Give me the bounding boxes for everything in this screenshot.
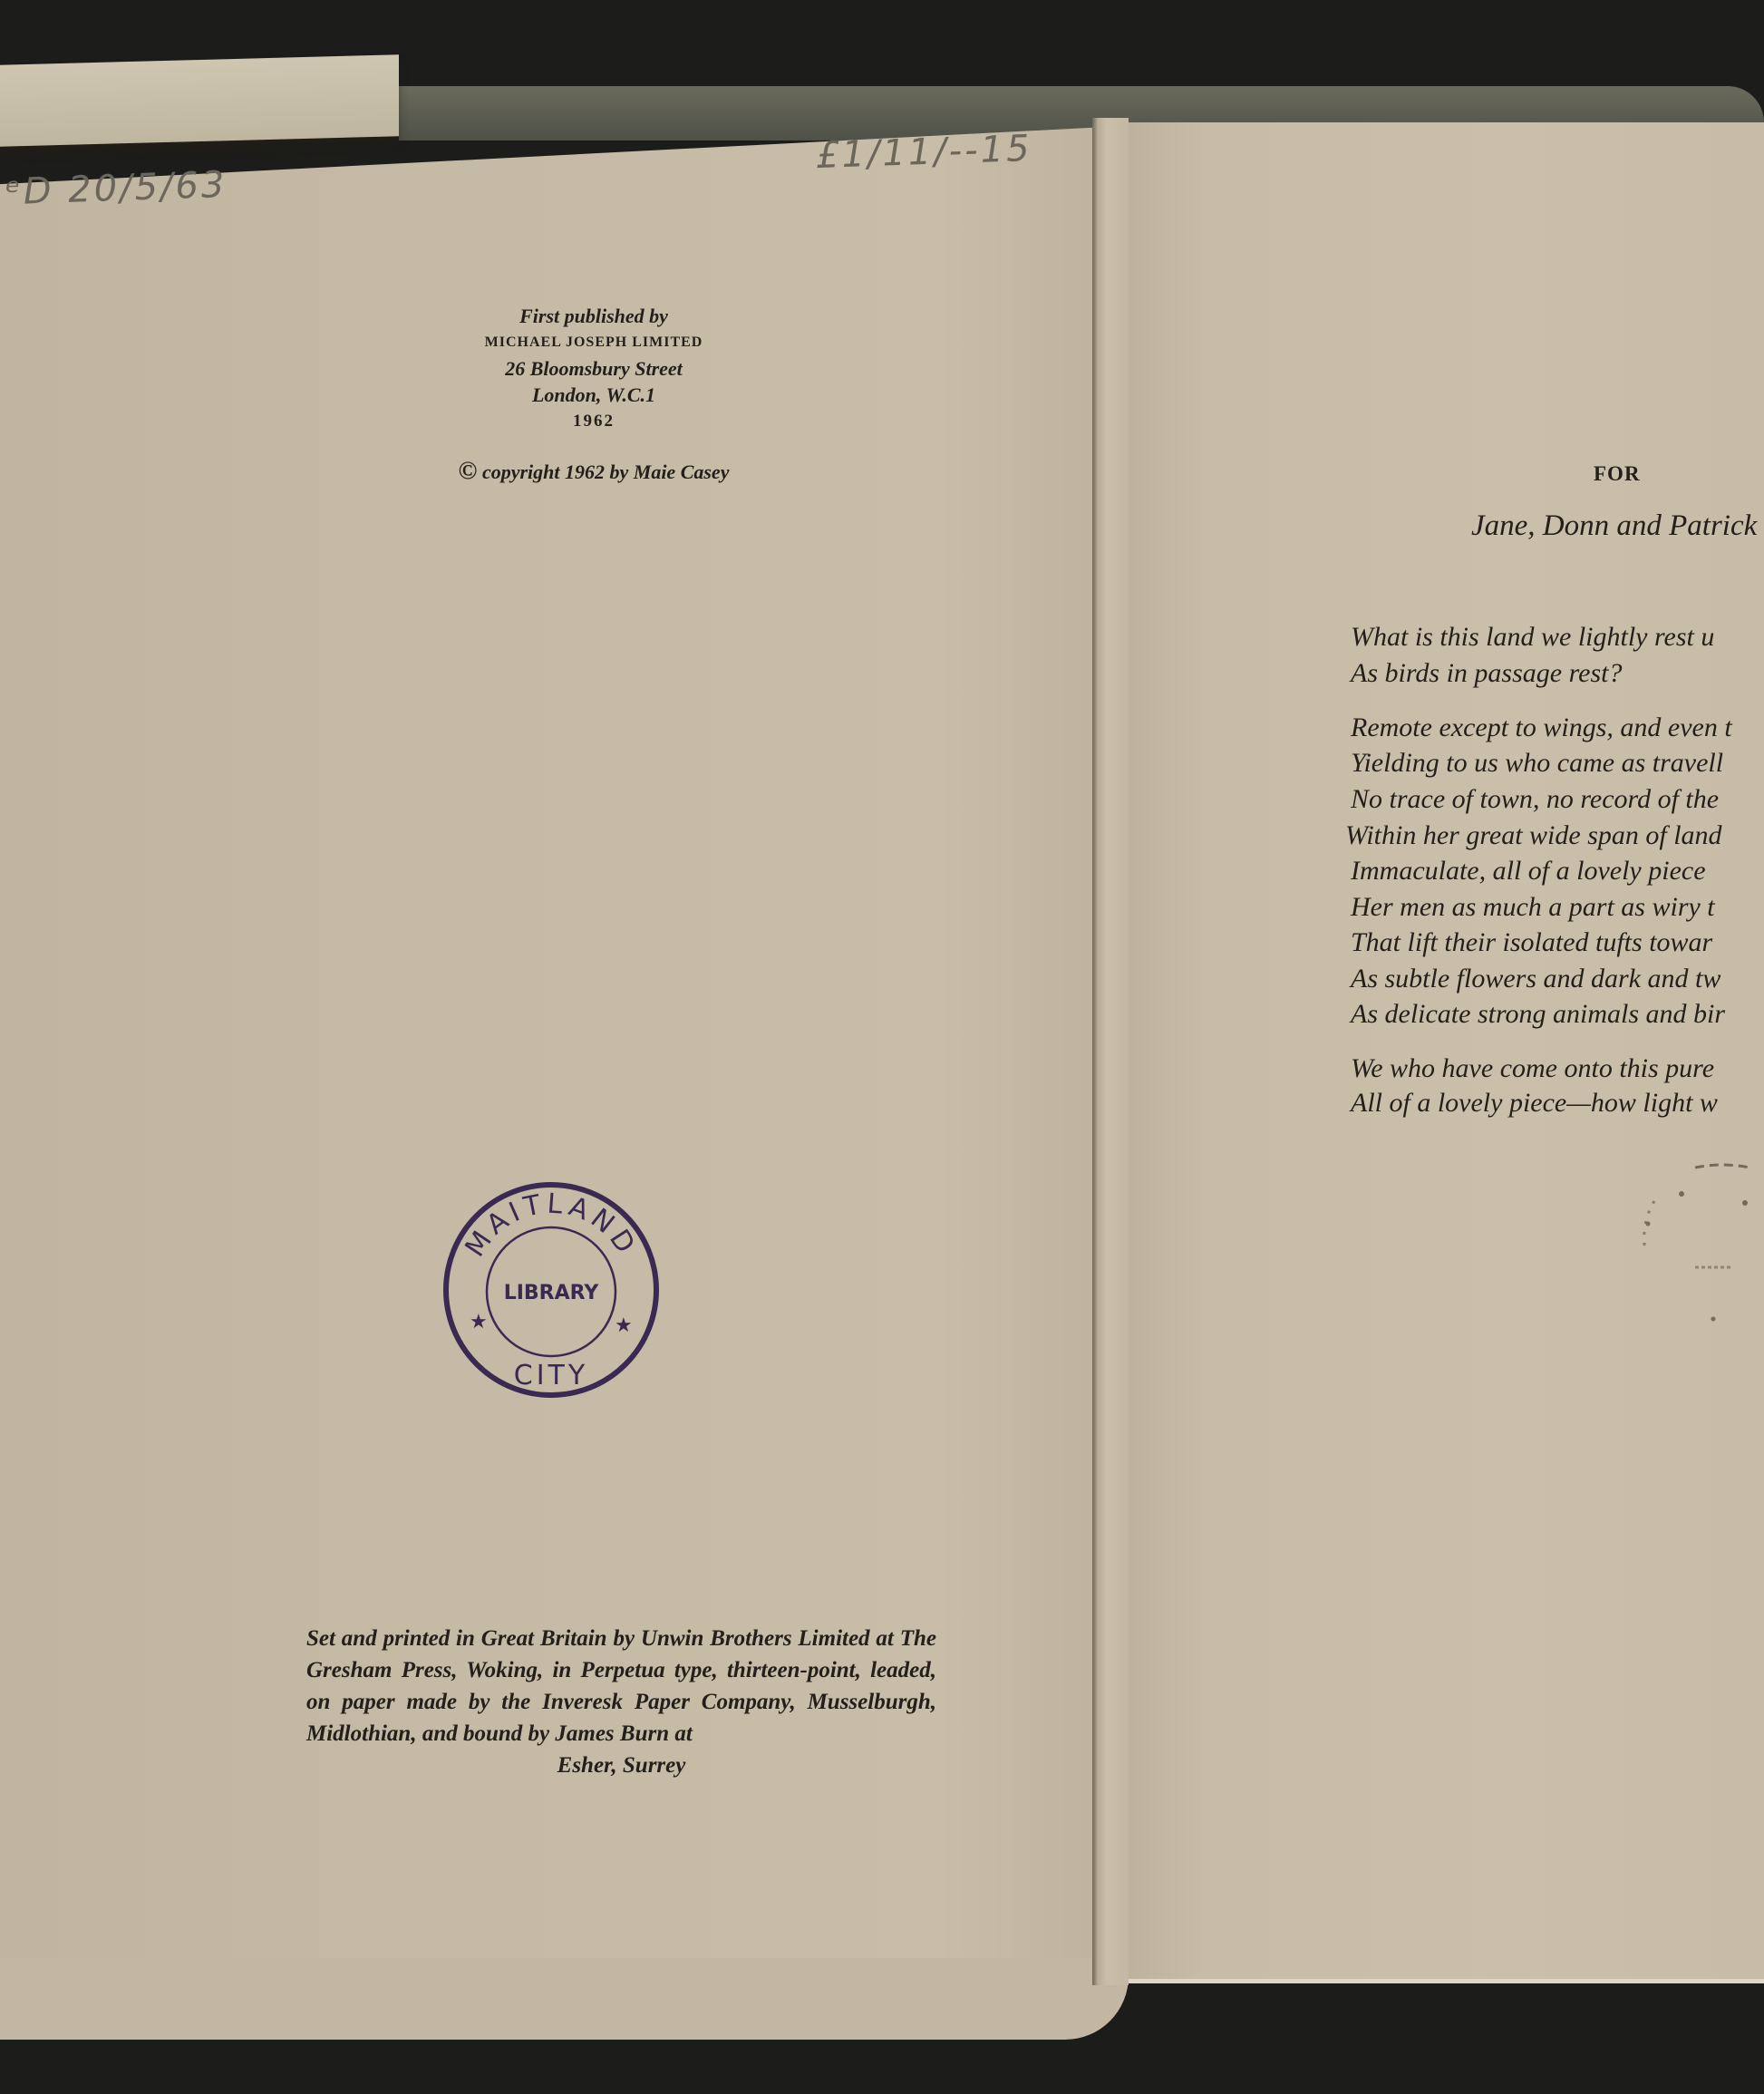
poem-line: Remote except to wings, and even t [1351, 713, 1732, 743]
poem-line: As birds in passage rest? [1351, 658, 1622, 689]
colophon-body: Set and printed in Great Britain by Unwi… [306, 1626, 936, 1746]
publication-year: 1962 [322, 408, 866, 434]
publisher-line-1: First published by [322, 303, 866, 329]
publisher-city: London, W.C.1 [322, 382, 866, 408]
pencil-note-date: ᵉD 20/5/63 [5, 164, 228, 214]
copyright-line: © copyright 1962 by Maie Casey [322, 458, 866, 485]
svg-text:CITY: CITY [514, 1360, 588, 1391]
colophon-last-line: Esher, Surrey [306, 1750, 936, 1781]
pencil-note-price: £1/11/--15 [815, 128, 1032, 177]
dedication-names: Jane, Donn and Patrick [1471, 509, 1757, 543]
svg-text:★: ★ [470, 1311, 488, 1333]
svg-text:LIBRARY: LIBRARY [504, 1282, 600, 1304]
right-page [1129, 122, 1764, 1981]
poem-line: What is this land we lightly rest u [1351, 622, 1714, 653]
copyright-icon: © [459, 457, 478, 485]
poem-line: All of a lovely piece—how light w [1351, 1088, 1718, 1119]
left-page-bottom-curl [0, 1958, 1129, 2040]
poem-line: We who have come onto this pure [1351, 1053, 1714, 1084]
faint-stamp-offset-icon [1604, 1151, 1764, 1333]
poem-line: That lift their isolated tufts towar [1351, 927, 1712, 958]
poem-line: Yielding to us who came as travell [1351, 748, 1723, 779]
publisher-address: 26 Bloomsbury Street [322, 355, 866, 382]
printer-colophon: Set and printed in Great Britain by Unwi… [306, 1623, 936, 1781]
poem-line: Her men as much a part as wiry t [1351, 892, 1715, 923]
poem-line: As subtle flowers and dark and tw [1351, 964, 1720, 994]
publisher-block: First published by MICHAEL JOSEPH LIMITE… [322, 303, 866, 434]
book-jacket-flap [0, 54, 399, 147]
poem-line: No trace of town, no record of the [1351, 784, 1719, 815]
dedication-for-label: FOR [1594, 462, 1641, 486]
poem-line: As delicate strong animals and bir [1351, 999, 1725, 1030]
publisher-name: MICHAEL JOSEPH LIMITED [322, 329, 866, 355]
book-gutter [1092, 118, 1129, 1985]
svg-text:★: ★ [615, 1314, 633, 1337]
copyright-text: copyright 1962 by Maie Casey [482, 460, 730, 483]
library-stamp-icon: MAITLAND LIBRARY CITY ★ ★ [442, 1181, 660, 1399]
svg-text:MAITLAND: MAITLAND [459, 1188, 643, 1262]
right-page-bottom-edge [1129, 1979, 1764, 1983]
poem-line: Within her great wide span of land [1345, 820, 1722, 851]
poem-line: Immaculate, all of a lovely piece [1351, 856, 1706, 887]
